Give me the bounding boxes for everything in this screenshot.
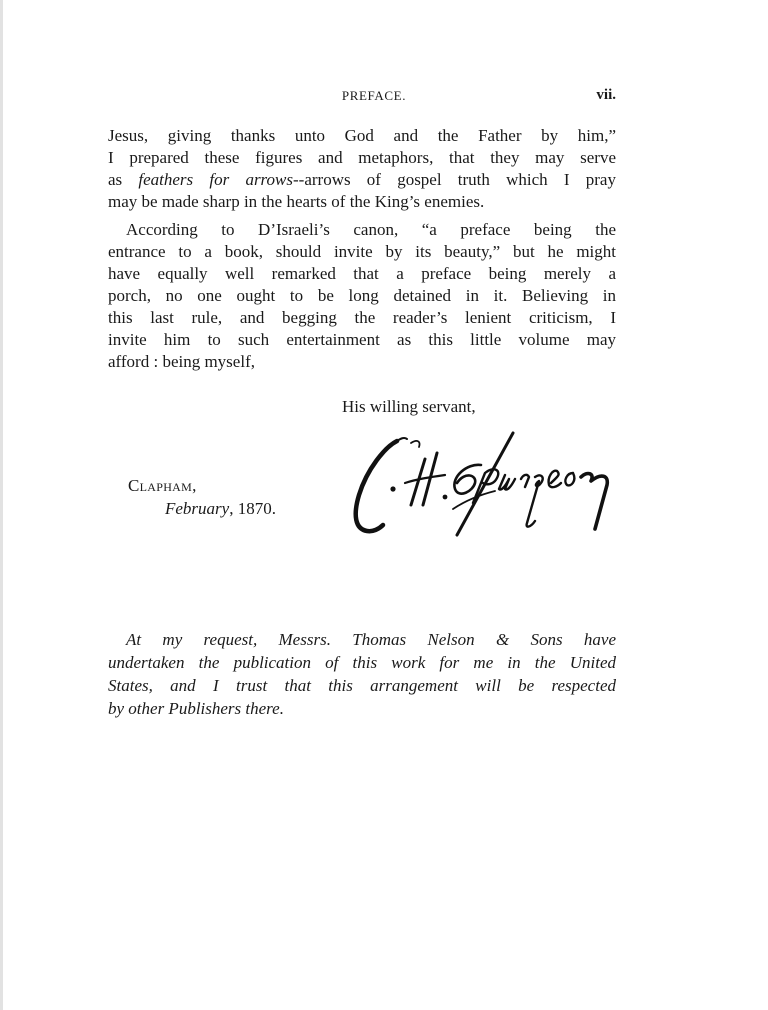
text-line: invite him to such entertainment as this… [108,329,616,351]
text-line: Jesus, giving thanks unto God and the Fa… [108,125,616,147]
text-line: may be made sharp in the hearts of the K… [108,191,616,213]
note-line: by other Publishers there. [108,697,616,720]
closing-salutation: His willing servant, [342,397,476,417]
running-head: PREFACE. vii. [108,87,616,107]
handwritten-signature-icon: C. H. Spurgeon [345,425,620,540]
place-line: Clapham, [128,476,197,496]
text-fragment: --arrows of gospel truth which I pray [293,170,616,189]
text-line: I prepared these figures and metaphors, … [108,147,616,169]
running-title: PREFACE. [108,88,616,104]
text-line: porch, no one ought to be long detained … [108,285,616,307]
text-line: as feathers for arrows--arrows of gospel… [108,169,616,191]
text-line: afford : being myself, [108,351,616,373]
date-month: February [165,499,229,518]
paragraph-2: According to D’Israeli’s canon, “a prefa… [108,219,616,373]
note-line: At my request, Messrs. Thomas Nelson & S… [108,628,616,651]
text-line: According to D’Israeli’s canon, “a prefa… [108,219,616,241]
text-line: have equally well remarked that a prefac… [108,263,616,285]
paragraph-1: Jesus, giving thanks unto God and the Fa… [108,125,616,213]
note-line: undertaken the publication of this work … [108,651,616,674]
page-number: vii. [596,87,616,104]
text-line: this last rule, and begging the reader’s… [108,307,616,329]
book-page: PREFACE. vii. Jesus, giving thanks unto … [0,0,768,1010]
note-line: States, and I trust that this arrangemen… [108,674,616,697]
italic-phrase: feathers for arrows [138,170,293,189]
text-fragment: as [108,170,138,189]
date-year: , 1870. [229,499,276,518]
text-line: entrance to a book, should invite by its… [108,241,616,263]
publisher-note: At my request, Messrs. Thomas Nelson & S… [108,628,616,720]
date-line: February, 1870. [165,499,276,519]
